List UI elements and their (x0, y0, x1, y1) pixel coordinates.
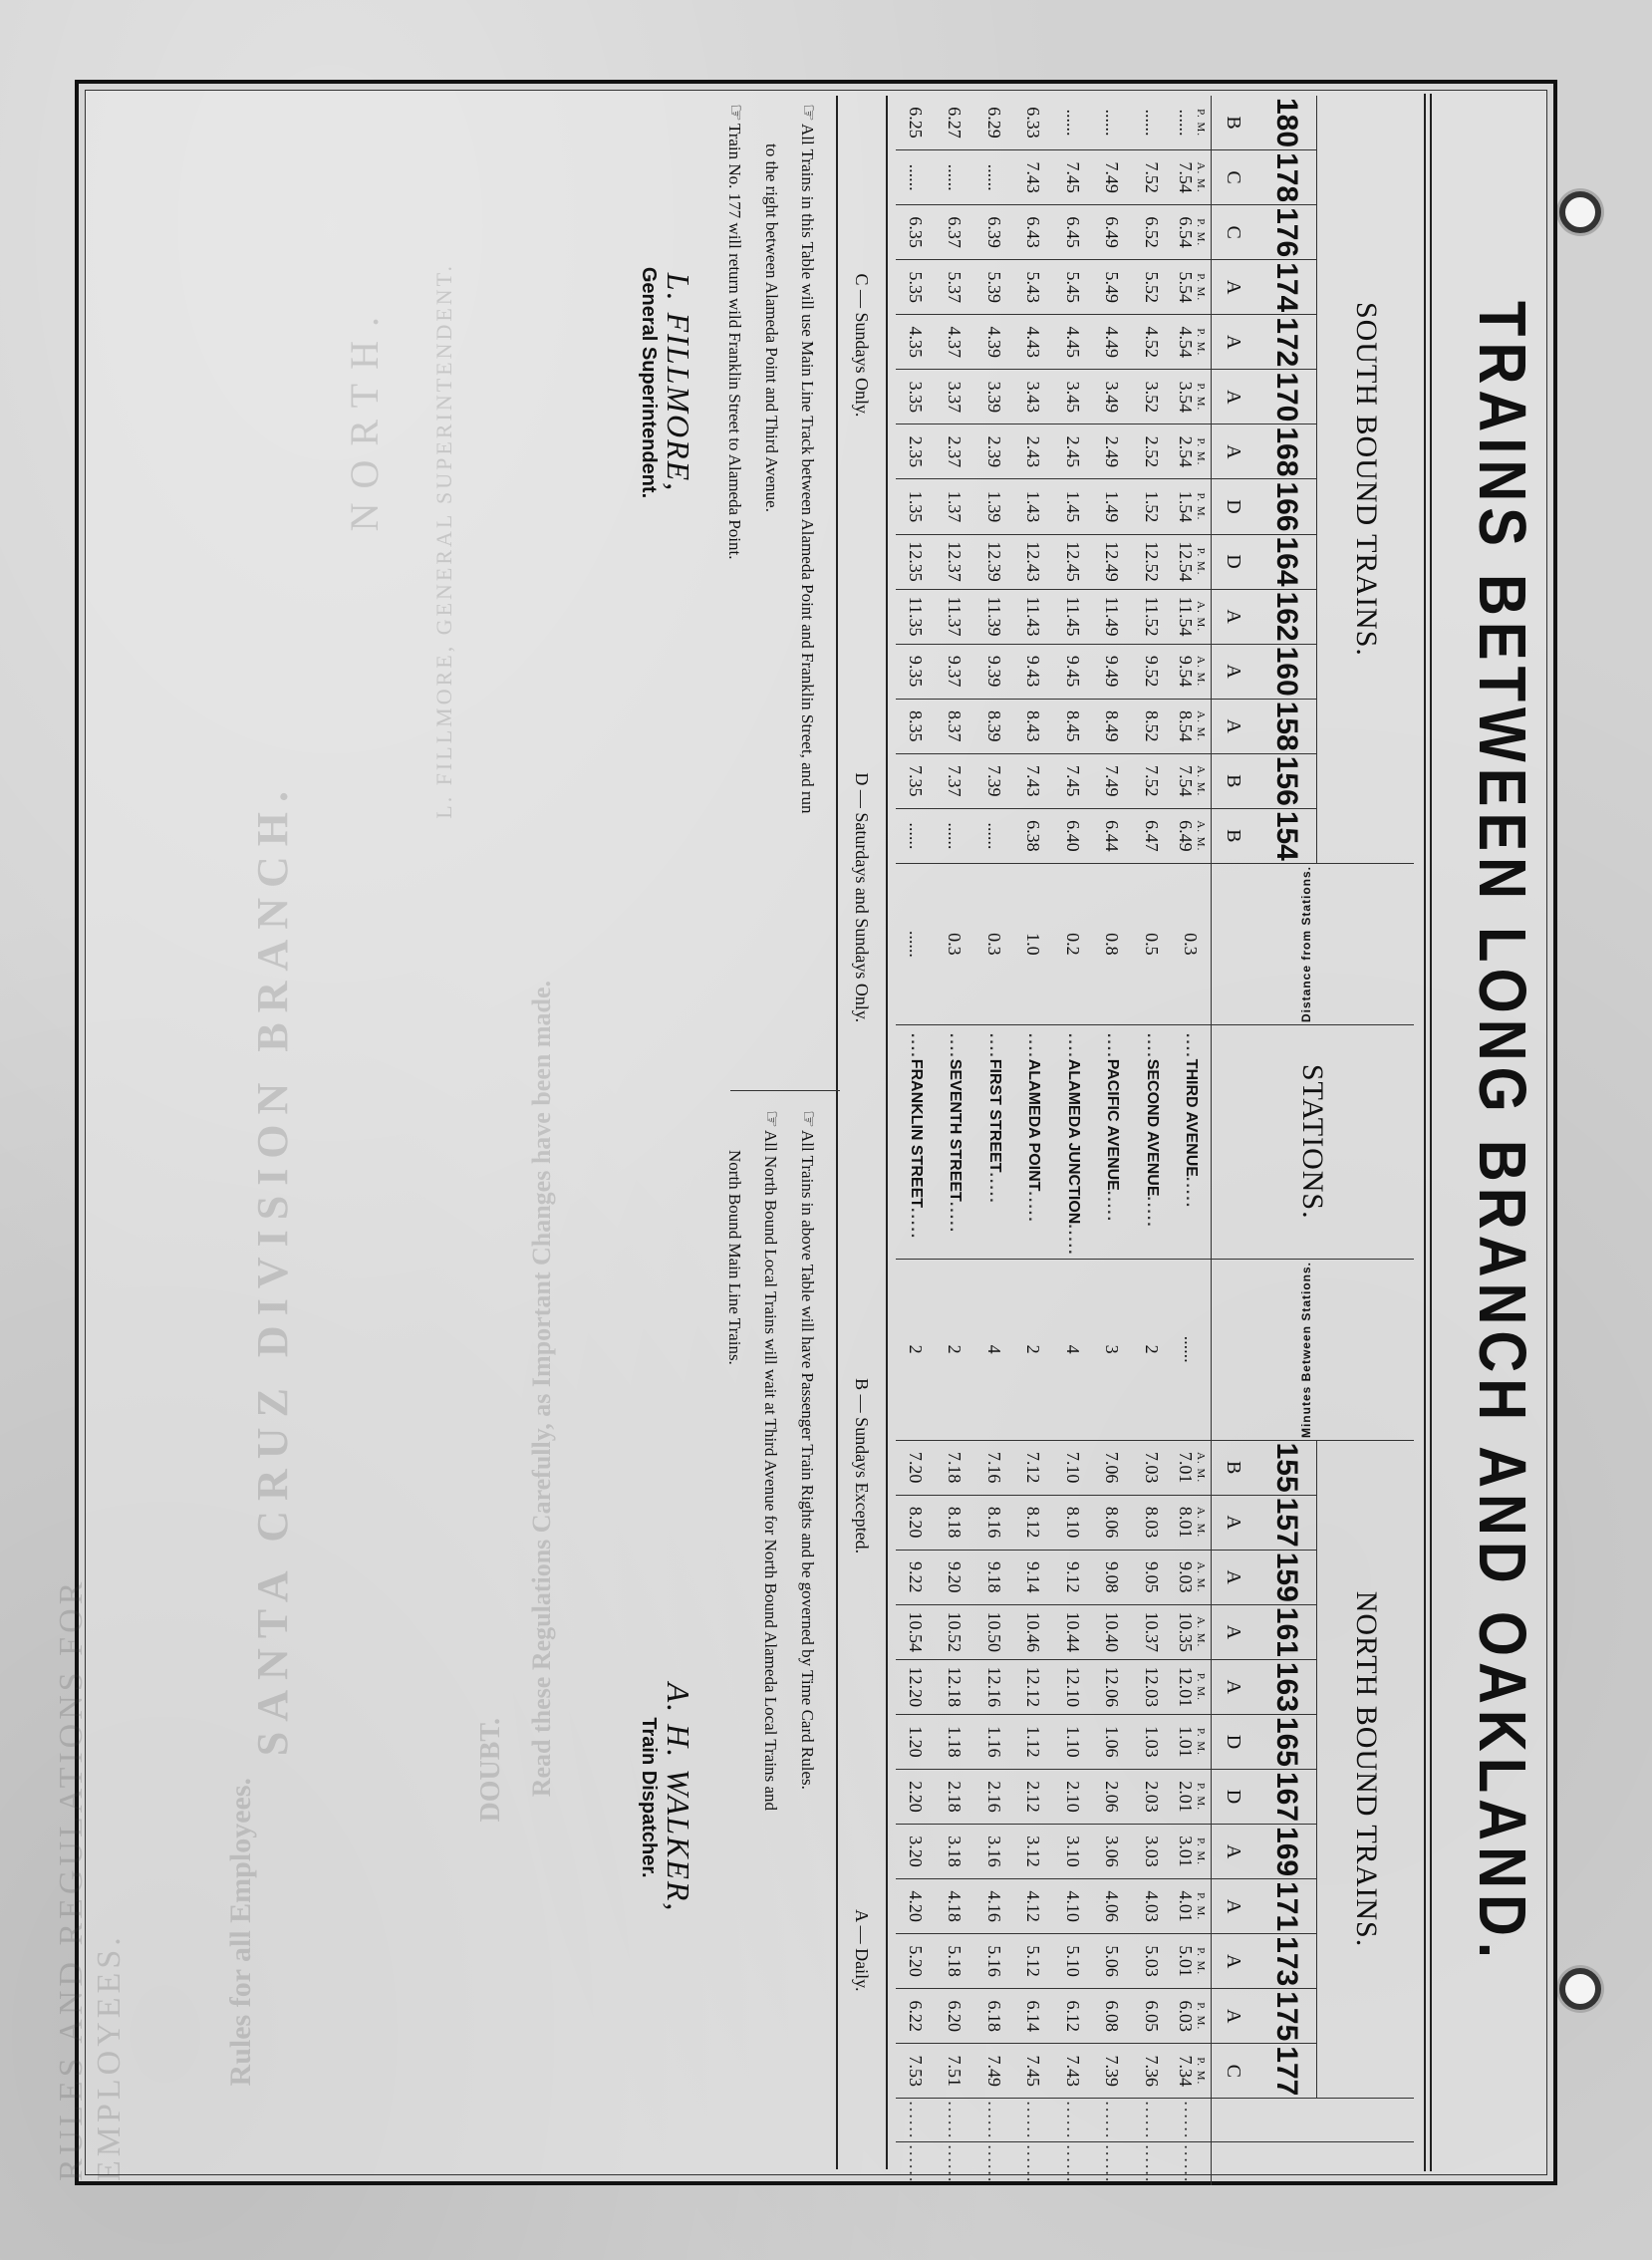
am-pm-label: A. M. (1195, 1498, 1206, 1548)
train-code: A (1212, 699, 1255, 753)
bleed-through-heading: RULES AND REGULATIONS FOR EMPLOYEES. (53, 1379, 129, 2181)
train-number: 171 (1255, 1879, 1317, 1934)
time-cell: 7.12 (1014, 1440, 1053, 1495)
blank-cell: ...... (896, 2142, 936, 2186)
time-cell: 6.27 (936, 96, 974, 150)
am-pm-label: P. M. (1195, 1772, 1206, 1822)
time-cell: 7.16 (974, 1440, 1013, 1495)
time-cell: 6.08 (1093, 1989, 1132, 2044)
pointing-hand-icon: ☞ (724, 104, 746, 122)
train-code: A (1212, 315, 1255, 370)
blank-cell: ...... (1171, 2099, 1211, 2142)
time-cell: 1.12 (1014, 1714, 1053, 1769)
time-cell: P. M.1.54 (1171, 479, 1211, 534)
time-cell: P. M.12.54 (1171, 534, 1211, 589)
time-cell: ...... (896, 150, 936, 205)
time-cell: 2.16 (974, 1769, 1013, 1824)
time-cell: 4.16 (974, 1879, 1013, 1934)
train-number: 180 (1255, 96, 1317, 150)
time-cell: 6.12 (1053, 1989, 1092, 2044)
time-cell: 9.22 (896, 1550, 936, 1604)
am-pm-label: P. M. (1195, 1881, 1206, 1931)
time-cell: P. M.3.01 (1171, 1825, 1211, 1879)
station-name: ....SECOND AVENUE..... (1132, 1024, 1171, 1259)
note: ☞All Trains in above Table will have Pas… (789, 1110, 826, 2156)
am-pm-label: P. M. (1195, 1717, 1206, 1767)
bleed-through-warning: Read these Regulations Carefully, as Imp… (527, 981, 557, 1797)
train-code: C (1212, 2044, 1255, 2099)
time-cell: A. M.8.01 (1171, 1495, 1211, 1550)
time-cell: 1.10 (1053, 1714, 1092, 1769)
blank-cell: ...... (1053, 2099, 1092, 2142)
time-cell: 2.06 (1093, 1769, 1132, 1824)
time-cell: 2.35 (896, 424, 936, 479)
time-cell: 10.40 (1093, 1604, 1132, 1659)
bleed-through-heading: Rules for all Employees. (224, 1778, 258, 2086)
am-pm-label: P. M. (1195, 98, 1206, 147)
time-cell: 6.18 (974, 1989, 1013, 2044)
table-row: ......7.456.455.454.453.452.451.4512.451… (1053, 96, 1092, 2185)
am-pm-label: P. M. (1195, 207, 1206, 257)
time-cell: 6.52 (1132, 205, 1171, 260)
time-cell: 4.03 (1132, 1879, 1171, 1934)
time-cell: 5.18 (936, 1934, 974, 1989)
north-table-notes: ☞All Trains in above Table will have Pas… (716, 1110, 826, 2156)
time-cell: 12.10 (1053, 1659, 1092, 1714)
bleed-through-footer: L. FILLMORE, GENERAL SUPERINTENDENT. (431, 263, 457, 819)
: ..... (1065, 1224, 1082, 1256)
time-cell: 3.43 (1014, 370, 1053, 424)
time-cell: 11.39 (974, 589, 1013, 644)
time-cell: 2.43 (1014, 424, 1053, 479)
am-pm-label: A. M. (1195, 756, 1206, 806)
time-cell: 7.52 (1132, 753, 1171, 808)
time-cell: 3.10 (1053, 1825, 1092, 1879)
time-cell: 1.45 (1053, 479, 1092, 534)
: ..... (1183, 1177, 1200, 1209)
station-name: ....FRANKLIN STREET..... (896, 1024, 936, 1259)
time-cell: 12.52 (1132, 534, 1171, 589)
time-cell: P. M.3.54 (1171, 370, 1211, 424)
time-cell: P. M.2.54 (1171, 424, 1211, 479)
: ..... (1025, 1191, 1042, 1223)
am-pm-label: P. M. (1195, 372, 1206, 422)
am-pm-label: A. M. (1195, 1443, 1206, 1493)
time-cell: 2.03 (1132, 1769, 1171, 1824)
time-cell: A. M.7.54 (1171, 753, 1211, 808)
time-cell: 3.49 (1093, 370, 1132, 424)
time-cell: 11.37 (936, 589, 974, 644)
time-cell: 2.45 (1053, 424, 1092, 479)
time-cell: 6.49 (1093, 205, 1132, 260)
blank-cell: ...... (1093, 2099, 1132, 2142)
train-number: 165 (1255, 1714, 1317, 1769)
time-cell: 7.45 (1053, 753, 1092, 808)
time-cell: 8.35 (896, 699, 936, 753)
train-code: B (1212, 808, 1255, 863)
table-row: ......7.496.495.494.493.492.491.4912.491… (1093, 96, 1132, 2185)
time-cell: 10.46 (1014, 1604, 1053, 1659)
minutes-between-cell: ...... (1171, 1259, 1211, 1440)
time-cell: A. M.9.54 (1171, 644, 1211, 699)
distance-header: Distance from Stations. (1212, 863, 1415, 1024)
title-double-rule (1424, 94, 1432, 2171)
bleed-through-heading: SANTA CRUZ DIVISION BRANCH. (247, 781, 298, 1756)
train-code: A (1212, 260, 1255, 315)
station-name: ....FIRST STREET..... (974, 1024, 1013, 1259)
rotated-timetable-page: TRAINS BETWEEN LONG BRANCH AND OAKLAND. … (0, 0, 1652, 2260)
train-code: D (1212, 1769, 1255, 1824)
time-cell: 3.39 (974, 370, 1013, 424)
time-cell: 8.52 (1132, 699, 1171, 753)
blank-column-1 (1212, 2099, 1415, 2142)
time-cell: 1.06 (1093, 1714, 1132, 1769)
am-pm-label: P. M. (1195, 481, 1206, 531)
time-cell: 7.45 (1053, 150, 1092, 205)
train-code: A (1212, 1989, 1255, 2044)
: ..... (908, 1208, 925, 1240)
time-cell: 10.52 (936, 1604, 974, 1659)
train-number: 177 (1255, 2044, 1317, 2099)
train-number: 154 (1255, 808, 1317, 863)
time-cell: 3.37 (936, 370, 974, 424)
time-cell: 5.39 (974, 260, 1013, 315)
am-pm-label: P. M. (1195, 1662, 1206, 1712)
am-pm-label: A. M. (1195, 1553, 1206, 1602)
train-code: A (1212, 1934, 1255, 1989)
time-cell: 7.51 (936, 2044, 974, 2099)
time-cell: 7.39 (1093, 2044, 1132, 2099)
table-row: 6.29......6.395.394.393.392.391.3912.391… (974, 96, 1013, 2185)
south-table-notes: ☞All Trains in this Table will use Main … (716, 104, 826, 1080)
blank-cell: ...... (936, 2142, 974, 2186)
minutes-between-cell: 4 (974, 1259, 1013, 1440)
time-cell: 1.03 (1132, 1714, 1171, 1769)
train-number: 167 (1255, 1769, 1317, 1824)
time-cell: 6.47 (1132, 808, 1171, 863)
time-cell: P. M.6.54 (1171, 205, 1211, 260)
time-cell: 2.52 (1132, 424, 1171, 479)
time-cell: 7.43 (1014, 150, 1053, 205)
time-cell: A. M.10.35 (1171, 1604, 1211, 1659)
time-cell: P. M.4.01 (1171, 1879, 1211, 1934)
time-cell: P. M.5.54 (1171, 260, 1211, 315)
time-cell: 3.18 (936, 1825, 974, 1879)
time-cell: 2.37 (936, 424, 974, 479)
time-cell: 3.52 (1132, 370, 1171, 424)
timetable-table: SOUTH BOUND TRAINS. Distance from Statio… (896, 96, 1414, 2185)
time-cell: A. M.7.54 (1171, 150, 1211, 205)
time-cell: 8.37 (936, 699, 974, 753)
time-cell: 8.06 (1093, 1495, 1132, 1550)
train-code: A (1212, 370, 1255, 424)
blank-cell: ...... (1014, 2099, 1053, 2142)
time-cell: 8.49 (1093, 699, 1132, 753)
time-cell: 8.43 (1014, 699, 1053, 753)
: ..... (986, 1172, 1003, 1204)
time-cell: 6.35 (896, 205, 936, 260)
time-cell: 9.08 (1093, 1550, 1132, 1604)
bleed-through-heading: DOUBT. (475, 1718, 507, 1823)
time-cell: P. M.5.01 (1171, 1934, 1211, 1989)
train-code: A (1212, 1825, 1255, 1879)
time-cell: 7.39 (974, 753, 1013, 808)
distance-cell: 0.5 (1132, 863, 1171, 1024)
time-cell: A. M.6.49 (1171, 808, 1211, 863)
train-number: 166 (1255, 479, 1317, 534)
time-cell: 3.35 (896, 370, 936, 424)
train-number: 172 (1255, 315, 1317, 370)
time-cell: 4.35 (896, 315, 936, 370)
time-cell: 5.20 (896, 1934, 936, 1989)
blank-cell: ...... (1053, 2142, 1092, 2186)
train-number: 174 (1255, 260, 1317, 315)
train-number: 176 (1255, 205, 1317, 260)
time-cell: 7.36 (1132, 2044, 1171, 2099)
time-cell: 6.25 (896, 96, 936, 150)
note: ☞Train No. 177 will return wild Franklin… (716, 104, 753, 1080)
time-cell: 12.12 (1014, 1659, 1053, 1714)
time-cell: 8.03 (1132, 1495, 1171, 1550)
time-cell: 7.52 (1132, 150, 1171, 205)
time-cell: 11.45 (1053, 589, 1092, 644)
time-cell: 11.43 (1014, 589, 1053, 644)
time-cell: 9.35 (896, 644, 936, 699)
train-number: 170 (1255, 370, 1317, 424)
time-cell: ...... (936, 808, 974, 863)
time-cell: 5.49 (1093, 260, 1132, 315)
am-pm-label: A. M. (1195, 702, 1206, 751)
time-cell: 5.43 (1014, 260, 1053, 315)
blank-cell: ...... (974, 2142, 1013, 2186)
time-cell: 7.45 (1014, 2044, 1053, 2099)
train-code: A (1212, 1879, 1255, 1934)
time-cell: 9.43 (1014, 644, 1053, 699)
time-cell: 5.52 (1132, 260, 1171, 315)
time-cell: 4.12 (1014, 1879, 1053, 1934)
time-cell: 6.22 (896, 1989, 936, 2044)
time-cell: 8.39 (974, 699, 1013, 753)
north-bound-header: NORTH BOUND TRAINS. (1317, 1440, 1414, 2099)
time-cell: 12.37 (936, 534, 974, 589)
time-cell: 6.33 (1014, 96, 1053, 150)
time-cell: 1.43 (1014, 479, 1053, 534)
distance-cell: 0.3 (936, 863, 974, 1024)
time-cell: 8.12 (1014, 1495, 1053, 1550)
time-cell: 8.16 (974, 1495, 1013, 1550)
time-cell: ...... (974, 808, 1013, 863)
time-cell: 10.44 (1053, 1604, 1092, 1659)
blank-cell: ...... (936, 2099, 974, 2142)
time-cell: 4.20 (896, 1879, 936, 1934)
time-cell: 9.37 (936, 644, 974, 699)
time-cell: 1.16 (974, 1714, 1013, 1769)
blank-cell: ...... (1132, 2099, 1171, 2142)
table-row: 6.27......6.375.374.373.372.371.3712.371… (936, 96, 974, 2185)
time-cell: 4.37 (936, 315, 974, 370)
distance-cell: 0.3 (1171, 863, 1211, 1024)
station-name: ....THIRD AVENUE..... (1171, 1024, 1211, 1259)
time-cell: ...... (1132, 96, 1171, 150)
time-cell: 1.37 (936, 479, 974, 534)
am-pm-label: P. M. (1195, 537, 1206, 587)
time-cell: 4.49 (1093, 315, 1132, 370)
time-cell: 12.39 (974, 534, 1013, 589)
time-cell: 8.18 (936, 1495, 974, 1550)
time-cell: 6.29 (974, 96, 1013, 150)
time-cell: 7.43 (1014, 753, 1053, 808)
time-cell: 2.20 (896, 1769, 936, 1824)
signature-dispatcher: A. H. WALKER, Train Dispatcher. (637, 1598, 696, 1997)
time-cell: 7.37 (936, 753, 974, 808)
time-cell: 1.39 (974, 479, 1013, 534)
distance-cell: 1.0 (1014, 863, 1053, 1024)
time-cell: 12.20 (896, 1659, 936, 1714)
train-number: 159 (1255, 1550, 1317, 1604)
minutes-between-header: Minutes Between Stations. (1212, 1259, 1415, 1440)
train-code: D (1212, 479, 1255, 534)
time-cell: 12.43 (1014, 534, 1053, 589)
distance-cell: 0.3 (974, 863, 1013, 1024)
blank-cell: ...... (974, 2099, 1013, 2142)
time-cell: 10.54 (896, 1604, 936, 1659)
time-cell: 6.05 (1132, 1989, 1171, 2044)
time-cell: 9.39 (974, 644, 1013, 699)
time-cell: 12.49 (1093, 534, 1132, 589)
pointing-hand-icon: ☞ (797, 104, 819, 122)
time-cell: ...... (974, 150, 1013, 205)
time-cell: 4.39 (974, 315, 1013, 370)
time-cell: 2.49 (1093, 424, 1132, 479)
am-pm-label: A. M. (1195, 811, 1206, 861)
time-cell: 9.05 (1132, 1550, 1171, 1604)
time-cell: 7.10 (1053, 1440, 1092, 1495)
time-cell: 3.06 (1093, 1825, 1132, 1879)
page-border-frame: TRAINS BETWEEN LONG BRANCH AND OAKLAND. … (75, 80, 1557, 2185)
blank-column-2 (1212, 2142, 1415, 2186)
minutes-between-cell: 3 (1093, 1259, 1132, 1440)
train-number: 156 (1255, 753, 1317, 808)
bleed-through-heading: NORTH. (341, 303, 388, 531)
table-row: P. M.......A. M.7.54P. M.6.54P. M.5.54P.… (1171, 96, 1211, 2185)
time-cell: 1.35 (896, 479, 936, 534)
time-cell: 11.49 (1093, 589, 1132, 644)
minutes-between-cell: 2 (896, 1259, 936, 1440)
train-code: B (1212, 96, 1255, 150)
time-cell: 4.45 (1053, 315, 1092, 370)
time-cell: 2.39 (974, 424, 1013, 479)
time-cell: 7.20 (896, 1440, 936, 1495)
time-cell: 12.03 (1132, 1659, 1171, 1714)
minutes-between-cell: 4 (1053, 1259, 1092, 1440)
: ..... (947, 1202, 964, 1234)
minutes-between-cell: 2 (936, 1259, 974, 1440)
time-cell: 10.37 (1132, 1604, 1171, 1659)
am-pm-label: A. M. (1195, 592, 1206, 642)
time-cell: 3.12 (1014, 1825, 1053, 1879)
: ..... (1104, 1191, 1121, 1223)
station-name: ....PACIFIC AVENUE..... (1093, 1024, 1132, 1259)
am-pm-label: P. M. (1195, 1991, 1206, 2041)
train-code: A (1212, 1604, 1255, 1659)
table-row: 6.337.436.435.434.433.432.431.4312.4311.… (1014, 96, 1053, 2185)
train-number: 175 (1255, 1989, 1317, 2044)
am-pm-label: P. M. (1195, 426, 1206, 476)
am-pm-label: P. M. (1195, 1936, 1206, 1986)
: ..... (1144, 1196, 1161, 1228)
train-number: 155 (1255, 1440, 1317, 1495)
time-cell: P. M.1.01 (1171, 1714, 1211, 1769)
time-cell: ...... (1093, 96, 1132, 150)
time-cell: 6.39 (974, 205, 1013, 260)
am-pm-label: A. M. (1195, 152, 1206, 202)
legend-a: A — Daily. (852, 1909, 873, 1991)
time-cell: 7.49 (1093, 753, 1132, 808)
minutes-between-cell: 2 (1132, 1259, 1171, 1440)
notes-divider (730, 1090, 840, 1091)
train-code: C (1212, 205, 1255, 260)
table-row: ......7.526.525.524.523.522.521.5212.521… (1132, 96, 1171, 2185)
time-cell: A. M.9.03 (1171, 1550, 1211, 1604)
train-number: 169 (1255, 1825, 1317, 1879)
blank-cell: ...... (1014, 2142, 1053, 2186)
time-cell: 5.16 (974, 1934, 1013, 1989)
am-pm-label: P. M. (1195, 1827, 1206, 1876)
blank-cell: ...... (1093, 2142, 1132, 2186)
time-cell: 5.06 (1093, 1934, 1132, 1989)
time-cell: 4.18 (936, 1879, 974, 1934)
pointing-hand-icon: ☞ (797, 1110, 819, 1128)
distance-cell: 0.8 (1093, 863, 1132, 1024)
time-cell: 6.40 (1053, 808, 1092, 863)
signature-superintendent: L. FILLMORE, General Superintendent. (637, 183, 696, 582)
time-cell: ...... (936, 150, 974, 205)
legend-row: C — Sundays Only. D — Saturdays and Sund… (836, 96, 888, 2169)
train-number: 158 (1255, 699, 1317, 753)
time-cell: 5.37 (936, 260, 974, 315)
am-pm-label: A. M. (1195, 1607, 1206, 1657)
time-cell: 6.45 (1053, 205, 1092, 260)
legend-c: C — Sundays Only. (852, 274, 873, 418)
distance-cell: 0.2 (1053, 863, 1092, 1024)
train-number: 163 (1255, 1659, 1317, 1714)
time-cell: 7.49 (974, 2044, 1013, 2099)
time-cell: 11.35 (896, 589, 936, 644)
train-number: 168 (1255, 424, 1317, 479)
legend-d: D — Saturdays and Sundays Only. (852, 772, 873, 1022)
time-cell: 1.49 (1093, 479, 1132, 534)
train-number: 157 (1255, 1495, 1317, 1550)
time-cell: 3.20 (896, 1825, 936, 1879)
time-cell: 3.03 (1132, 1825, 1171, 1879)
train-number: 160 (1255, 644, 1317, 699)
legend-b: B — Sundays Excepted. (852, 1378, 873, 1554)
south-bound-header: SOUTH BOUND TRAINS. (1317, 96, 1414, 863)
station-name: ....ALAMEDA POINT..... (1014, 1024, 1053, 1259)
train-code: A (1212, 424, 1255, 479)
time-cell: 9.52 (1132, 644, 1171, 699)
am-pm-label: P. M. (1195, 317, 1206, 367)
time-cell: A. M.8.54 (1171, 699, 1211, 753)
blank-cell: ...... (1132, 2142, 1171, 2186)
time-cell: 9.18 (974, 1550, 1013, 1604)
time-cell: 12.06 (1093, 1659, 1132, 1714)
train-code: A (1212, 1495, 1255, 1550)
train-number: 162 (1255, 589, 1317, 644)
time-cell: 12.16 (974, 1659, 1013, 1714)
time-cell: P. M.7.34 (1171, 2044, 1211, 2099)
time-cell: 1.20 (896, 1714, 936, 1769)
